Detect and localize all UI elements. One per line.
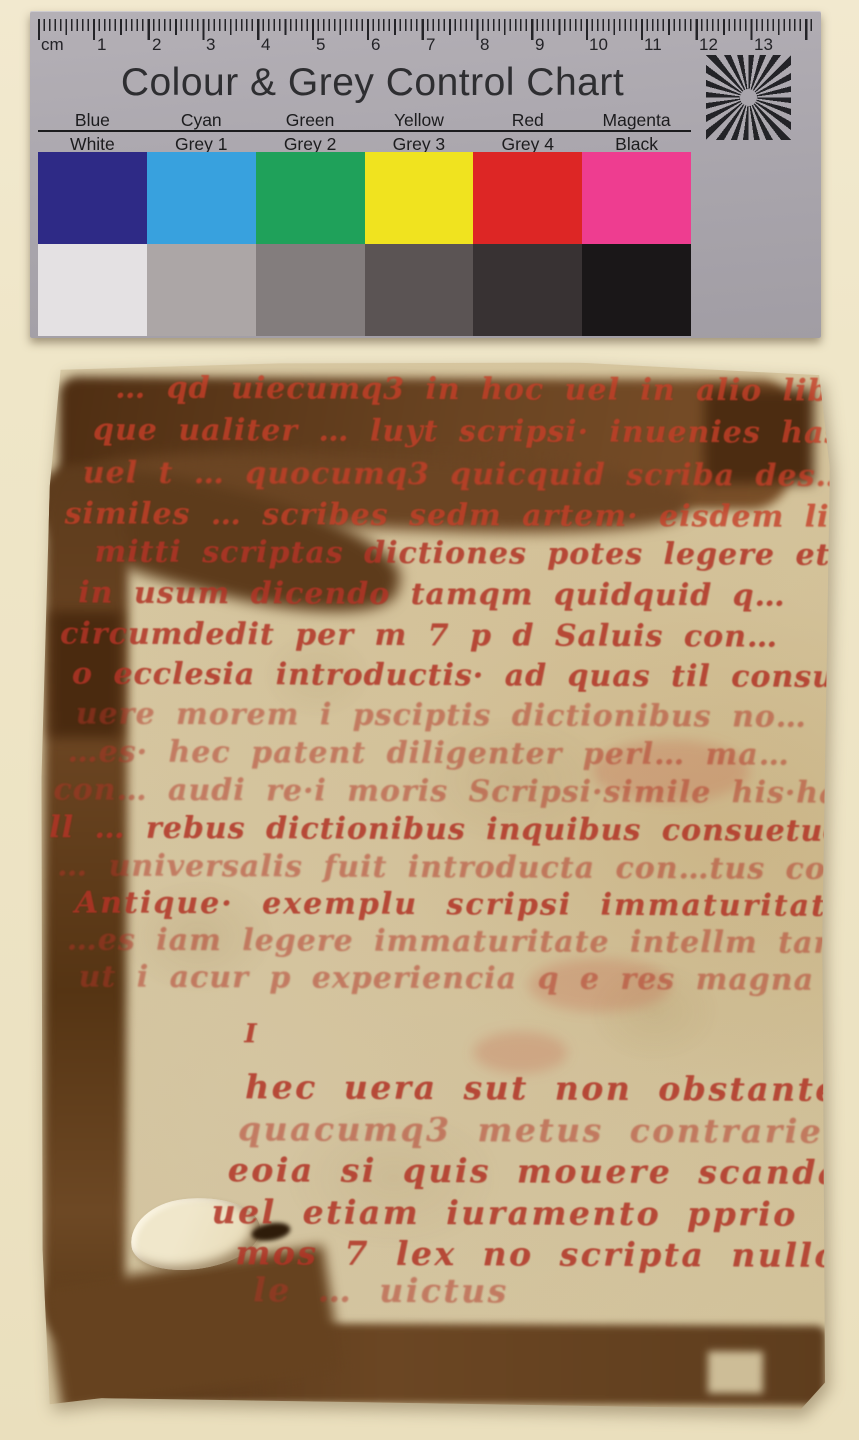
manuscript-line: uel t … quocumq3 quicquid scriba des… <box>83 455 831 493</box>
manuscript-line: …es· hec patent diligenter perl… ma… <box>68 734 790 772</box>
color-labels-row: Blue Cyan Green Yellow Red Magenta <box>38 110 691 131</box>
manuscript-line: similes … scribes sedm artem· eisdem lic… <box>65 496 831 535</box>
labels-divider <box>38 130 691 132</box>
manuscript-line: con… audi re·i moris Scripsi·simile his·… <box>53 772 830 811</box>
ruler-mark: 1 <box>97 35 106 55</box>
ruler-mark: 11 <box>644 35 662 55</box>
color-swatch-green <box>256 152 365 244</box>
manuscript-line: I <box>244 1019 257 1049</box>
manuscript-line: mitti scriptas dictiones potes legere et… <box>94 535 830 574</box>
grey-swatch-grey2 <box>256 244 365 336</box>
color-label: Cyan <box>147 110 256 131</box>
manuscript-line: circumdedit per m 7 p d Saluis con… <box>60 616 778 654</box>
ruler-mark: 12 <box>699 35 718 55</box>
ruler: cm 1 2 3 4 5 6 7 8 9 10 11 12 13 <box>38 19 814 65</box>
manuscript-line: … qd uiecumq3 in hoc uel in alio libro q… <box>115 371 830 410</box>
manuscript-line: mos 7 lex no scripta nullo vinc… <box>235 1233 830 1275</box>
color-label: Yellow <box>365 110 474 131</box>
ruler-mark: 9 <box>535 35 544 55</box>
manuscript-line: quacumq3 metus contrarie <box>238 1109 823 1151</box>
grey-swatch-grey3 <box>365 244 474 336</box>
manuscript-text: … qd uiecumq3 in hoc uel in alio libro q… <box>39 360 831 1409</box>
manuscript-line: … universalis fuit introducta con…tus co… <box>57 848 830 887</box>
grey-swatch-black <box>582 244 691 336</box>
calibration-chart: cm 1 2 3 4 5 6 7 8 9 10 11 12 13 Colour … <box>30 11 821 338</box>
starburst-icon <box>706 55 791 140</box>
ruler-mark: 3 <box>206 35 215 55</box>
color-swatch-red <box>473 152 582 244</box>
ruler-mark: 2 <box>152 35 161 55</box>
parchment-leaf: … qd uiecumq3 in hoc uel in alio libro q… <box>39 360 831 1409</box>
grey-swatch-grey1 <box>147 244 256 336</box>
color-label: Green <box>256 110 365 131</box>
ruler-unit-label: cm <box>41 35 64 55</box>
manuscript-line: Antique· exemplu scripsi immaturitate tu <box>75 885 830 924</box>
manuscript-line: hec uera sut non obstante <box>245 1067 830 1109</box>
manuscript-line: ll … rebus dictionibus inquibus consuetu… <box>49 810 830 849</box>
color-swatch-yellow <box>365 152 474 244</box>
ruler-mark: 4 <box>261 35 270 55</box>
chart-title: Colour & Grey Control Chart <box>100 61 645 105</box>
color-label: Magenta <box>582 110 691 131</box>
color-swatch-cyan <box>147 152 256 244</box>
manuscript-line: uere morem i psciptis dictionibus no… pa… <box>76 696 831 735</box>
grey-swatch-grey4 <box>473 244 582 336</box>
ruler-mark: 6 <box>371 35 380 55</box>
color-label: Blue <box>38 110 147 131</box>
ruler-mark: 10 <box>589 35 608 55</box>
manuscript-line: uel etiam iuramento pprio quia <box>211 1192 830 1234</box>
ruler-mark: 5 <box>316 35 325 55</box>
color-label: Red <box>473 110 582 131</box>
manuscript-line: o ecclesia introductis· ad quas til cons… <box>72 656 830 695</box>
ruler-mark: 7 <box>426 35 435 55</box>
manuscript-line: ut i acur p experiencia q e res magna … <box>79 959 831 997</box>
grey-swatch-white <box>38 244 147 336</box>
manuscript: … qd uiecumq3 in hoc uel in alio libro q… <box>41 362 828 1408</box>
manuscript-line: eoia si quis mouere scandalo <box>228 1150 831 1192</box>
swatch-grid <box>38 152 691 336</box>
manuscript-line: le … uictus <box>253 1270 509 1310</box>
manuscript-line: in usum dicendo tamqm quidquid q… <box>78 575 785 613</box>
color-swatch-magenta <box>582 152 691 244</box>
photograph-backdrop: cm 1 2 3 4 5 6 7 8 9 10 11 12 13 Colour … <box>0 0 859 1440</box>
manuscript-line: que ualiter … luyt scripsi· inuenies has… <box>93 413 830 452</box>
manuscript-line: …es iam legere immaturitate intellm tam… <box>67 922 831 961</box>
ruler-mark: 13 <box>754 35 773 55</box>
color-swatch-blue <box>38 152 147 244</box>
ruler-mark: 8 <box>480 35 489 55</box>
